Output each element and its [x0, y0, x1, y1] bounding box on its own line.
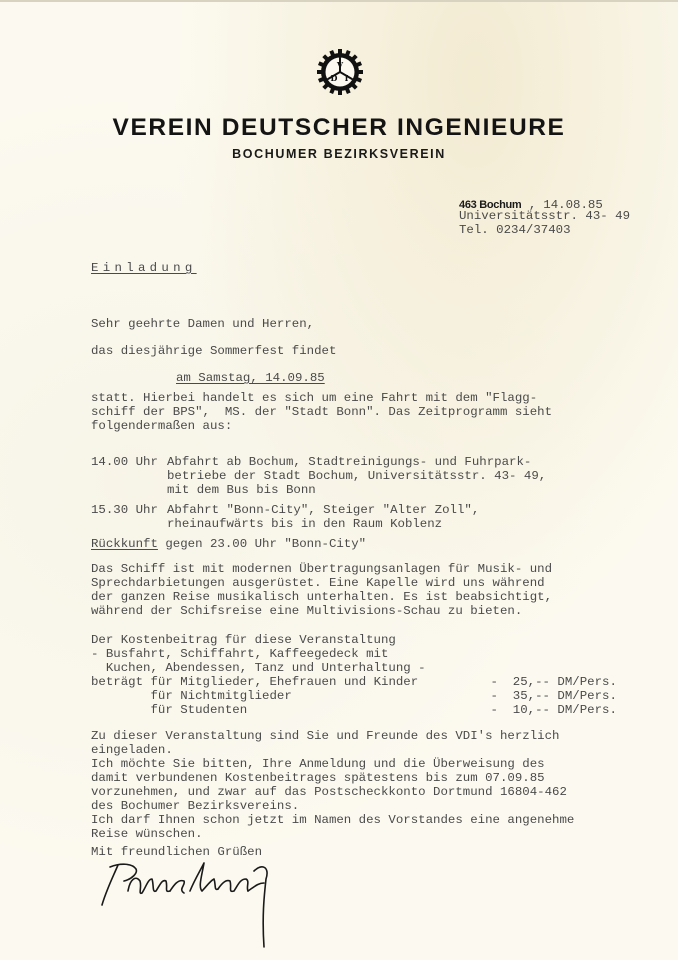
salutation: Sehr geehrte Damen und Herren, [91, 317, 314, 331]
return-text: gegen 23.00 Uhr "Bonn-City" [158, 537, 366, 551]
sender-street: Universitätsstr. 43- 49 [459, 209, 630, 223]
cost-label: für Studenten [151, 703, 491, 717]
cost-label: für Mitglieder, Ehefrauen und Kinder [151, 675, 491, 689]
text-line: Zu dieser Veranstaltung sind Sie und Fre… [91, 729, 574, 743]
text-line: während der Schifsreise eine Multivision… [91, 604, 552, 618]
text-line: mit dem Bus bis Bonn [167, 483, 546, 497]
text-line: Ich möchte Sie bitten, Ihre Anmeldung un… [91, 757, 574, 771]
closing-paragraph: Zu dieser Veranstaltung sind Sie und Fre… [91, 729, 574, 841]
text-line: folgendermaßen aus: [91, 419, 552, 433]
event-date: am Samstag, 14.09.85 [176, 371, 325, 385]
cost-amount: - 35,-- DM/Pers. [491, 689, 617, 703]
svg-text:D: D [331, 73, 338, 83]
text-line: der ganzen Reise musikalisch unterhalten… [91, 590, 552, 604]
organization-name: VEREIN DEUTSCHER INGENIEURE [0, 114, 678, 142]
schedule-item: 14.00 Uhr Abfahrt ab Bochum, Stadtreinig… [91, 455, 546, 497]
text-line: Kuchen, Abendessen, Tanz und Unterhaltun… [91, 661, 617, 675]
ship-paragraph: Das Schiff ist mit modernen Übertragungs… [91, 562, 552, 618]
svg-text:I: I [345, 73, 349, 83]
text-line: Abfahrt "Bonn-City", Steiger "Alter Zoll… [167, 503, 479, 517]
text-line: des Bochumer Bezirksvereins. [91, 799, 574, 813]
text-line: Sprechdarbietungen ausgerüstet. Eine Kap… [91, 576, 552, 590]
organization-subtitle: BOCHUMER BEZIRKSVEREIN [0, 147, 678, 161]
handwritten-signature-icon [98, 857, 288, 952]
text-line: Der Kostenbeitrag für diese Veranstaltun… [91, 633, 617, 647]
text-line: - Busfahrt, Schiffahrt, Kaffeegedeck mit [91, 647, 617, 661]
cost-row: für Studenten - 10,-- DM/Pers. [91, 703, 617, 717]
sender-block: 463 Bochum ,14.08.85 Universitätsstr. 43… [459, 195, 630, 237]
cost-section: Der Kostenbeitrag für diese Veranstaltun… [91, 633, 617, 717]
text-line: damit verbundenen Kostenbeitrages spätes… [91, 771, 574, 785]
schedule-item: 15.30 Uhr Abfahrt "Bonn-City", Steiger "… [91, 503, 479, 531]
schedule-time: 14.00 Uhr [91, 455, 167, 497]
text-line: schiff der BPS", MS. der "Stadt Bonn". D… [91, 405, 552, 419]
return-line: Rückkunft gegen 23.00 Uhr "Bonn-City" [91, 537, 366, 551]
cost-prefix [91, 689, 151, 703]
cost-amount: - 10,-- DM/Pers. [491, 703, 617, 717]
text-line: betriebe der Stadt Bochum, Universitätss… [167, 469, 546, 483]
cost-prefix: beträgt [91, 675, 151, 689]
schedule-time: 15.30 Uhr [91, 503, 167, 531]
text-line: eingeladen. [91, 743, 574, 757]
sender-phone: Tel. 0234/37403 [459, 223, 630, 237]
text-line: Das Schiff ist mit modernen Übertragungs… [91, 562, 552, 576]
cost-row: für Nichtmitglieder - 35,-- DM/Pers. [91, 689, 617, 703]
text-line: Reise wünschen. [91, 827, 574, 841]
letter-title: Einladung [91, 261, 197, 275]
return-label: Rückkunft [91, 537, 158, 551]
text-line: vorzunehmen, und zwar auf das Postscheck… [91, 785, 574, 799]
svg-text:V: V [336, 60, 344, 70]
cost-label: für Nichtmitglieder [151, 689, 491, 703]
text-line: statt. Hierbei handelt es sich um eine F… [91, 391, 552, 405]
cost-row: beträgt für Mitglieder, Ehefrauen und Ki… [91, 675, 617, 689]
text-line: Abfahrt ab Bochum, Stadtreinigungs- und … [167, 455, 546, 469]
text-line: Ich darf Ihnen schon jetzt im Namen des … [91, 813, 574, 827]
letter-page: V D I VEREIN DEUTSCHER INGENIEURE BOCHUM… [0, 0, 678, 960]
intro-line: das diesjährige Sommerfest findet [91, 344, 336, 358]
text-line: rheinaufwärts bis in den Raum Koblenz [167, 517, 479, 531]
vdi-gear-emblem-icon: V D I [315, 47, 365, 97]
cost-prefix [91, 703, 151, 717]
description-paragraph: statt. Hierbei handelt es sich um eine F… [91, 391, 552, 433]
cost-amount: - 25,-- DM/Pers. [491, 675, 617, 689]
